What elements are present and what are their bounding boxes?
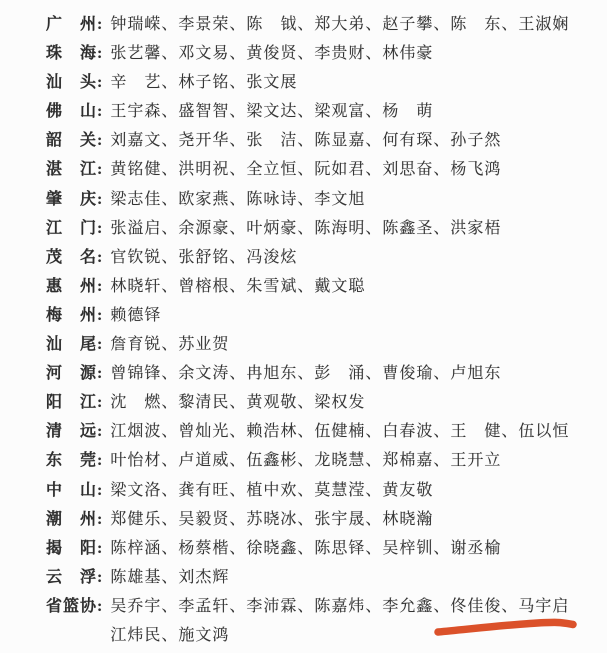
city-name-char: 阳 — [80, 534, 96, 563]
city-name-char: 协 — [80, 592, 96, 621]
city-name-char: 阳 — [46, 388, 62, 417]
city-name-char: 广 — [46, 10, 62, 39]
label-colon: : — [97, 68, 102, 97]
names-list: 张溢启、余源豪、叶炳豪、陈海明、陈鑫圣、洪家梧 — [110, 214, 501, 243]
names-line: 刘嘉文、尧开华、张 洁、陈显嘉、何有琛、孙子然 — [110, 126, 501, 155]
names-line: 张溢启、余源豪、叶炳豪、陈海明、陈鑫圣、洪家梧 — [110, 214, 501, 243]
city-name: 中山 — [46, 476, 96, 505]
city-label: 潮州: — [46, 505, 102, 534]
city-name-char: 清 — [46, 417, 62, 446]
label-colon: : — [97, 214, 102, 243]
roster-row: 汕头:辛 艺、林子铭、张文展 — [46, 68, 599, 97]
names-list: 沈 燃、黎清民、黄观敬、梁权发 — [110, 388, 365, 417]
label-colon: : — [97, 592, 102, 621]
city-name-char: 韶 — [46, 126, 62, 155]
roster-row: 佛山:王宇森、盛智智、梁文达、梁观富、杨 萌 — [46, 97, 599, 126]
city-label: 肇庆: — [46, 185, 102, 214]
names-list: 陈梓涵、杨蔡楷、徐晓鑫、陈思铎、吴梓钏、谢丞榆 — [110, 534, 501, 563]
city-label: 东莞: — [46, 446, 102, 475]
roster-row: 河源:曾锦锋、余文涛、冉旭东、彭 涌、曹俊瑜、卢旭东 — [46, 359, 599, 388]
city-name-char: 州 — [80, 272, 96, 301]
label-colon: : — [97, 534, 102, 563]
city-label: 广州: — [46, 10, 102, 39]
names-line: 吴乔宇、李孟轩、李沛霖、陈嘉炜、李允鑫、佟佳俊、马宇启 — [110, 592, 569, 621]
city-name-char: 浮 — [80, 563, 96, 592]
roster-row: 汕尾:詹育锐、苏业贺 — [46, 330, 599, 359]
document-page: 广州:钟瑞嵘、李景荣、陈 钺、郑大弟、赵子攀、陈 东、王淑娴珠海:张艺馨、邓文易… — [0, 0, 607, 653]
city-name-char: 山 — [80, 476, 96, 505]
city-label: 梅州: — [46, 301, 102, 330]
city-name: 河源 — [46, 359, 96, 388]
names-line: 沈 燃、黎清民、黄观敬、梁权发 — [110, 388, 365, 417]
city-name: 东莞 — [46, 446, 96, 475]
names-line: 梁志佳、欧家燕、陈咏诗、李文旭 — [110, 185, 365, 214]
roster-row: 湛江:黄铭健、洪明祝、全立恒、阮如君、刘思奋、杨飞鸿 — [46, 155, 599, 184]
label-colon: : — [97, 388, 102, 417]
city-label: 阳江: — [46, 388, 102, 417]
names-line: 郑健乐、吴毅贤、苏晓冰、张宇晟、林晓瀚 — [110, 505, 433, 534]
roster-row: 茂名:官钦锐、张舒铭、冯浚炫 — [46, 243, 599, 272]
label-colon: : — [97, 272, 102, 301]
city-name-char: 头 — [80, 68, 96, 97]
roster-row: 广州:钟瑞嵘、李景荣、陈 钺、郑大弟、赵子攀、陈 东、王淑娴 — [46, 10, 599, 39]
city-name-char: 名 — [80, 243, 96, 272]
city-name: 茂名 — [46, 243, 96, 272]
city-name-char: 关 — [80, 126, 96, 155]
names-list: 刘嘉文、尧开华、张 洁、陈显嘉、何有琛、孙子然 — [110, 126, 501, 155]
label-colon: : — [97, 185, 102, 214]
city-label: 汕头: — [46, 68, 102, 97]
city-name-char: 佛 — [46, 97, 62, 126]
names-line: 江烟波、曾灿光、赖浩林、伍健楠、白春波、王 健、伍以恒 — [110, 417, 569, 446]
city-name: 佛山 — [46, 97, 96, 126]
city-name-char: 门 — [80, 214, 96, 243]
city-label: 湛江: — [46, 155, 102, 184]
names-list: 曾锦锋、余文涛、冉旭东、彭 涌、曹俊瑜、卢旭东 — [110, 359, 501, 388]
city-name: 湛江 — [46, 155, 96, 184]
names-list: 陈雄基、刘杰辉 — [110, 563, 229, 592]
city-label: 揭阳: — [46, 534, 102, 563]
city-name-char: 源 — [80, 359, 96, 388]
roster-row: 惠州:林晓轩、曾榕根、朱雪斌、戴文聪 — [46, 272, 599, 301]
city-label: 茂名: — [46, 243, 102, 272]
city-name-char: 汕 — [46, 68, 62, 97]
city-label: 佛山: — [46, 97, 102, 126]
roster-row: 揭阳:陈梓涵、杨蔡楷、徐晓鑫、陈思铎、吴梓钏、谢丞榆 — [46, 534, 599, 563]
names-list: 官钦锐、张舒铭、冯浚炫 — [110, 243, 297, 272]
names-list: 张艺馨、邓文易、黄俊贤、李贵财、林伟豪 — [110, 39, 433, 68]
roster-row: 云浮:陈雄基、刘杰辉 — [46, 563, 599, 592]
names-line: 陈梓涵、杨蔡楷、徐晓鑫、陈思铎、吴梓钏、谢丞榆 — [110, 534, 501, 563]
label-colon: : — [97, 97, 102, 126]
city-name-char: 江 — [80, 388, 96, 417]
city-name-char: 中 — [46, 476, 62, 505]
city-name: 惠州 — [46, 272, 96, 301]
label-colon: : — [97, 39, 102, 68]
label-colon: : — [97, 563, 102, 592]
roster-row: 珠海:张艺馨、邓文易、黄俊贤、李贵财、林伟豪 — [46, 39, 599, 68]
city-name: 韶关 — [46, 126, 96, 155]
city-name: 云浮 — [46, 563, 96, 592]
city-name-char: 篮 — [63, 592, 79, 621]
city-name-char: 江 — [80, 155, 96, 184]
names-line-2: 江炜民、施文鸿 — [110, 621, 569, 650]
city-label: 汕尾: — [46, 330, 102, 359]
names-line: 叶怡材、卢道威、伍鑫彬、龙晓慧、郑棉嘉、王开立 — [110, 446, 501, 475]
city-label: 河源: — [46, 359, 102, 388]
roster-row: 梅州:赖德铎 — [46, 301, 599, 330]
city-name-char: 庆 — [80, 185, 96, 214]
names-list: 吴乔宇、李孟轩、李沛霖、陈嘉炜、李允鑫、佟佳俊、马宇启江炜民、施文鸿 — [110, 592, 569, 650]
city-name-char: 茂 — [46, 243, 62, 272]
names-line: 张艺馨、邓文易、黄俊贤、李贵财、林伟豪 — [110, 39, 433, 68]
roster: 广州:钟瑞嵘、李景荣、陈 钺、郑大弟、赵子攀、陈 东、王淑娴珠海:张艺馨、邓文易… — [46, 10, 599, 650]
names-line: 辛 艺、林子铭、张文展 — [110, 68, 297, 97]
city-name: 汕头 — [46, 68, 96, 97]
names-line: 赖德铎 — [110, 301, 161, 330]
roster-row: 中山:梁文洛、龚有旺、植中欢、莫慧滢、黄友敬 — [46, 476, 599, 505]
city-label: 清远: — [46, 417, 102, 446]
roster-row: 清远:江烟波、曾灿光、赖浩林、伍健楠、白春波、王 健、伍以恒 — [46, 417, 599, 446]
city-name: 潮州 — [46, 505, 96, 534]
names-list: 辛 艺、林子铭、张文展 — [110, 68, 297, 97]
city-name: 江门 — [46, 214, 96, 243]
roster-row: 东莞:叶怡材、卢道威、伍鑫彬、龙晓慧、郑棉嘉、王开立 — [46, 446, 599, 475]
roster-row: 肇庆:梁志佳、欧家燕、陈咏诗、李文旭 — [46, 185, 599, 214]
names-line: 詹育锐、苏业贺 — [110, 330, 229, 359]
city-name: 省篮协 — [46, 592, 96, 621]
city-label: 韶关: — [46, 126, 102, 155]
city-name: 珠海 — [46, 39, 96, 68]
names-list: 黄铭健、洪明祝、全立恒、阮如君、刘思奋、杨飞鸿 — [110, 155, 501, 184]
roster-row: 韶关:刘嘉文、尧开华、张 洁、陈显嘉、何有琛、孙子然 — [46, 126, 599, 155]
city-name-char: 省 — [46, 592, 62, 621]
city-name-char: 汕 — [46, 330, 62, 359]
city-name: 广州 — [46, 10, 96, 39]
city-name-char: 山 — [80, 97, 96, 126]
label-colon: : — [97, 417, 102, 446]
city-name-char: 河 — [46, 359, 62, 388]
city-name-char: 莞 — [80, 446, 96, 475]
roster-row: 潮州:郑健乐、吴毅贤、苏晓冰、张宇晟、林晓瀚 — [46, 505, 599, 534]
names-list: 王宇森、盛智智、梁文达、梁观富、杨 萌 — [110, 97, 433, 126]
label-colon: : — [97, 155, 102, 184]
city-name: 阳江 — [46, 388, 96, 417]
names-line: 陈雄基、刘杰辉 — [110, 563, 229, 592]
city-name-char: 州 — [80, 505, 96, 534]
label-colon: : — [97, 505, 102, 534]
city-label: 惠州: — [46, 272, 102, 301]
city-name-char: 肇 — [46, 185, 62, 214]
label-colon: : — [97, 243, 102, 272]
city-label: 江门: — [46, 214, 102, 243]
city-label: 云浮: — [46, 563, 102, 592]
names-line: 梁文洛、龚有旺、植中欢、莫慧滢、黄友敬 — [110, 476, 433, 505]
label-colon: : — [97, 10, 102, 39]
names-list: 江烟波、曾灿光、赖浩林、伍健楠、白春波、王 健、伍以恒 — [110, 417, 569, 446]
names-list: 林晓轩、曾榕根、朱雪斌、戴文聪 — [110, 272, 365, 301]
names-line: 钟瑞嵘、李景荣、陈 钺、郑大弟、赵子攀、陈 东、王淑娴 — [110, 10, 569, 39]
label-colon: : — [97, 330, 102, 359]
city-name-char: 州 — [80, 301, 96, 330]
city-name-char: 尾 — [80, 330, 96, 359]
names-list: 梁志佳、欧家燕、陈咏诗、李文旭 — [110, 185, 365, 214]
city-name-char: 海 — [80, 39, 96, 68]
city-label: 省篮协: — [46, 592, 102, 621]
city-label: 珠海: — [46, 39, 102, 68]
names-list: 叶怡材、卢道威、伍鑫彬、龙晓慧、郑棉嘉、王开立 — [110, 446, 501, 475]
city-name-char: 湛 — [46, 155, 62, 184]
roster-row: 省篮协:吴乔宇、李孟轩、李沛霖、陈嘉炜、李允鑫、佟佳俊、马宇启江炜民、施文鸿 — [46, 592, 599, 650]
city-name: 肇庆 — [46, 185, 96, 214]
city-name-char: 梅 — [46, 301, 62, 330]
names-line: 林晓轩、曾榕根、朱雪斌、戴文聪 — [110, 272, 365, 301]
label-colon: : — [97, 301, 102, 330]
city-name-char: 惠 — [46, 272, 62, 301]
city-name-char: 州 — [80, 10, 96, 39]
city-name: 清远 — [46, 417, 96, 446]
city-name-char: 潮 — [46, 505, 62, 534]
names-list: 詹育锐、苏业贺 — [110, 330, 229, 359]
city-name: 揭阳 — [46, 534, 96, 563]
city-name: 梅州 — [46, 301, 96, 330]
city-name-char: 云 — [46, 563, 62, 592]
city-name-char: 远 — [80, 417, 96, 446]
city-name-char: 东 — [46, 446, 62, 475]
names-list: 梁文洛、龚有旺、植中欢、莫慧滢、黄友敬 — [110, 476, 433, 505]
city-name: 汕尾 — [46, 330, 96, 359]
label-colon: : — [97, 446, 102, 475]
names-line: 曾锦锋、余文涛、冉旭东、彭 涌、曹俊瑜、卢旭东 — [110, 359, 501, 388]
city-name-char: 江 — [46, 214, 62, 243]
names-list: 郑健乐、吴毅贤、苏晓冰、张宇晟、林晓瀚 — [110, 505, 433, 534]
names-line: 官钦锐、张舒铭、冯浚炫 — [110, 243, 297, 272]
roster-row: 阳江:沈 燃、黎清民、黄观敬、梁权发 — [46, 388, 599, 417]
label-colon: : — [97, 126, 102, 155]
label-colon: : — [97, 359, 102, 388]
roster-row: 江门:张溢启、余源豪、叶炳豪、陈海明、陈鑫圣、洪家梧 — [46, 214, 599, 243]
city-name-char: 珠 — [46, 39, 62, 68]
city-label: 中山: — [46, 476, 102, 505]
label-colon: : — [97, 476, 102, 505]
names-list: 赖德铎 — [110, 301, 161, 330]
names-line: 黄铭健、洪明祝、全立恒、阮如君、刘思奋、杨飞鸿 — [110, 155, 501, 184]
names-list: 钟瑞嵘、李景荣、陈 钺、郑大弟、赵子攀、陈 东、王淑娴 — [110, 10, 569, 39]
names-line: 王宇森、盛智智、梁文达、梁观富、杨 萌 — [110, 97, 433, 126]
city-name-char: 揭 — [46, 534, 62, 563]
